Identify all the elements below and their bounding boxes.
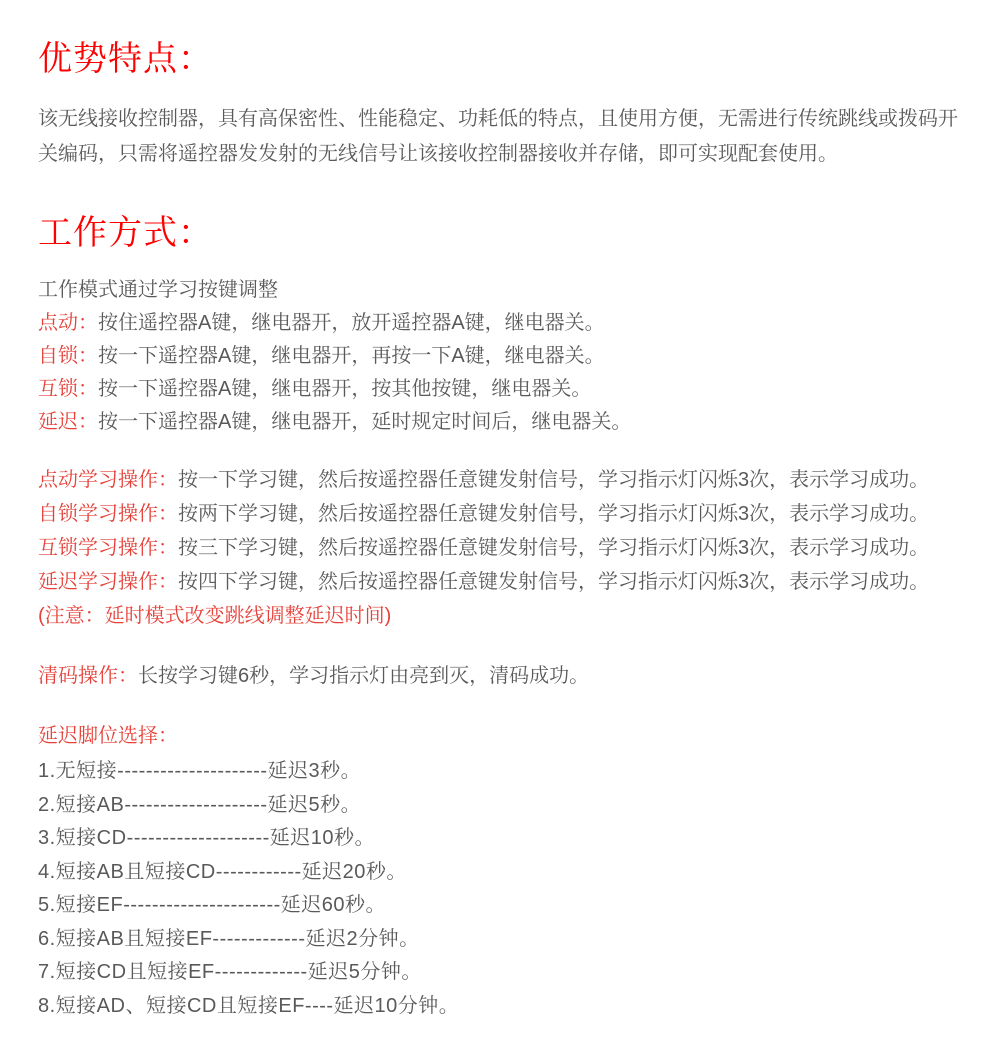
delay-list-item: 7.短接CD且短接EF-------------延迟5分钟。 — [38, 956, 958, 990]
mode-text: 按住遥控器A键，继电器开，放开遥控器A键，继电器关。 — [98, 312, 605, 334]
mode-text: 按一下遥控器A键，继电器开，延时规定时间后，继电器关。 — [98, 411, 631, 433]
learning-line-selflock: 自锁学习操作：按两下学习键，然后按遥控器任意键发射信号，学习指示灯闪烁3次，表示… — [38, 497, 958, 531]
delay-list-item: 1.无短接---------------------延迟3秒。 — [38, 755, 958, 789]
clear-code-label: 清码操作： — [38, 665, 138, 687]
delay-pin-section: 延迟脚位选择： 1.无短接---------------------延迟3秒。 … — [38, 719, 958, 1023]
mode-line-jog: 点动：按住遥控器A键，继电器开，放开遥控器A键，继电器关。 — [38, 307, 958, 340]
learning-line-jog: 点动学习操作：按一下学习键，然后按遥控器任意键发射信号，学习指示灯闪烁3次，表示… — [38, 463, 958, 497]
learning-text: 按两下学习键，然后按遥控器任意键发射信号，学习指示灯闪烁3次，表示学习成功。 — [178, 503, 929, 525]
learning-text: 按三下学习键，然后按遥控器任意键发射信号，学习指示灯闪烁3次，表示学习成功。 — [178, 537, 929, 559]
mode-label: 互锁： — [38, 378, 98, 400]
mode-label: 自锁： — [38, 345, 98, 367]
clear-code-line: 清码操作：长按学习键6秒，学习指示灯由亮到灭，清码成功。 — [38, 659, 958, 693]
delay-list-item: 5.短接EF----------------------延迟60秒。 — [38, 889, 958, 923]
mode-text: 按一下遥控器A键，继电器开，再按一下A键，继电器关。 — [98, 345, 605, 367]
section-heading-working-mode: 工作方式： — [38, 214, 958, 252]
working-mode-intro: 工作模式通过学习按键调整 — [38, 274, 958, 307]
mode-text: 按一下遥控器A键，继电器开，按其他按键，继电器关。 — [98, 378, 591, 400]
learning-label: 自锁学习操作： — [38, 503, 178, 525]
delay-list-item: 4.短接AB且短接CD------------延迟20秒。 — [38, 856, 958, 890]
section-heading-features: 优势特点： — [38, 40, 958, 78]
jumper-note-line: (注意：延时模式改变跳线调整延迟时间) — [38, 599, 958, 633]
learning-text: 按四下学习键，然后按遥控器任意键发射信号，学习指示灯闪烁3次，表示学习成功。 — [178, 571, 929, 593]
clear-code-text: 长按学习键6秒，学习指示灯由亮到灭，清码成功。 — [138, 665, 589, 687]
delay-list-item: 8.短接AD、短接CD且短接EF----延迟10分钟。 — [38, 990, 958, 1024]
learning-operations-block: 点动学习操作：按一下学习键，然后按遥控器任意键发射信号，学习指示灯闪烁3次，表示… — [38, 463, 958, 633]
learning-label: 互锁学习操作： — [38, 537, 178, 559]
delay-list-item: 2.短接AB--------------------延迟5秒。 — [38, 789, 958, 823]
learning-text: 按一下学习键，然后按遥控器任意键发射信号，学习指示灯闪烁3次，表示学习成功。 — [178, 469, 929, 491]
delay-list-item: 3.短接CD--------------------延迟10秒。 — [38, 822, 958, 856]
mode-label: 延迟： — [38, 411, 98, 433]
delay-pin-title: 延迟脚位选择： — [38, 719, 958, 753]
features-paragraph: 该无线接收控制器，具有高保密性、性能稳定、功耗低的特点，且使用方便，无需进行传统… — [38, 102, 958, 172]
delay-list-item: 6.短接AB且短接EF-------------延迟2分钟。 — [38, 923, 958, 957]
mode-line-selflock: 自锁：按一下遥控器A键，继电器开，再按一下A键，继电器关。 — [38, 340, 958, 373]
learning-label: 点动学习操作： — [38, 469, 178, 491]
learning-line-delay: 延迟学习操作：按四下学习键，然后按遥控器任意键发射信号，学习指示灯闪烁3次，表示… — [38, 565, 958, 599]
delay-pin-list: 1.无短接---------------------延迟3秒。 2.短接AB--… — [38, 755, 958, 1023]
product-description-page: 优势特点： 该无线接收控制器，具有高保密性、性能稳定、功耗低的特点，且使用方便，… — [0, 0, 1000, 1042]
mode-label: 点动： — [38, 312, 98, 334]
learning-label: 延迟学习操作： — [38, 571, 178, 593]
working-modes-block: 工作模式通过学习按键调整 点动：按住遥控器A键，继电器开，放开遥控器A键，继电器… — [38, 274, 958, 439]
mode-line-interlock: 互锁：按一下遥控器A键，继电器开，按其他按键，继电器关。 — [38, 373, 958, 406]
learning-line-interlock: 互锁学习操作：按三下学习键，然后按遥控器任意键发射信号，学习指示灯闪烁3次，表示… — [38, 531, 958, 565]
mode-line-delay: 延迟：按一下遥控器A键，继电器开，延时规定时间后，继电器关。 — [38, 406, 958, 439]
